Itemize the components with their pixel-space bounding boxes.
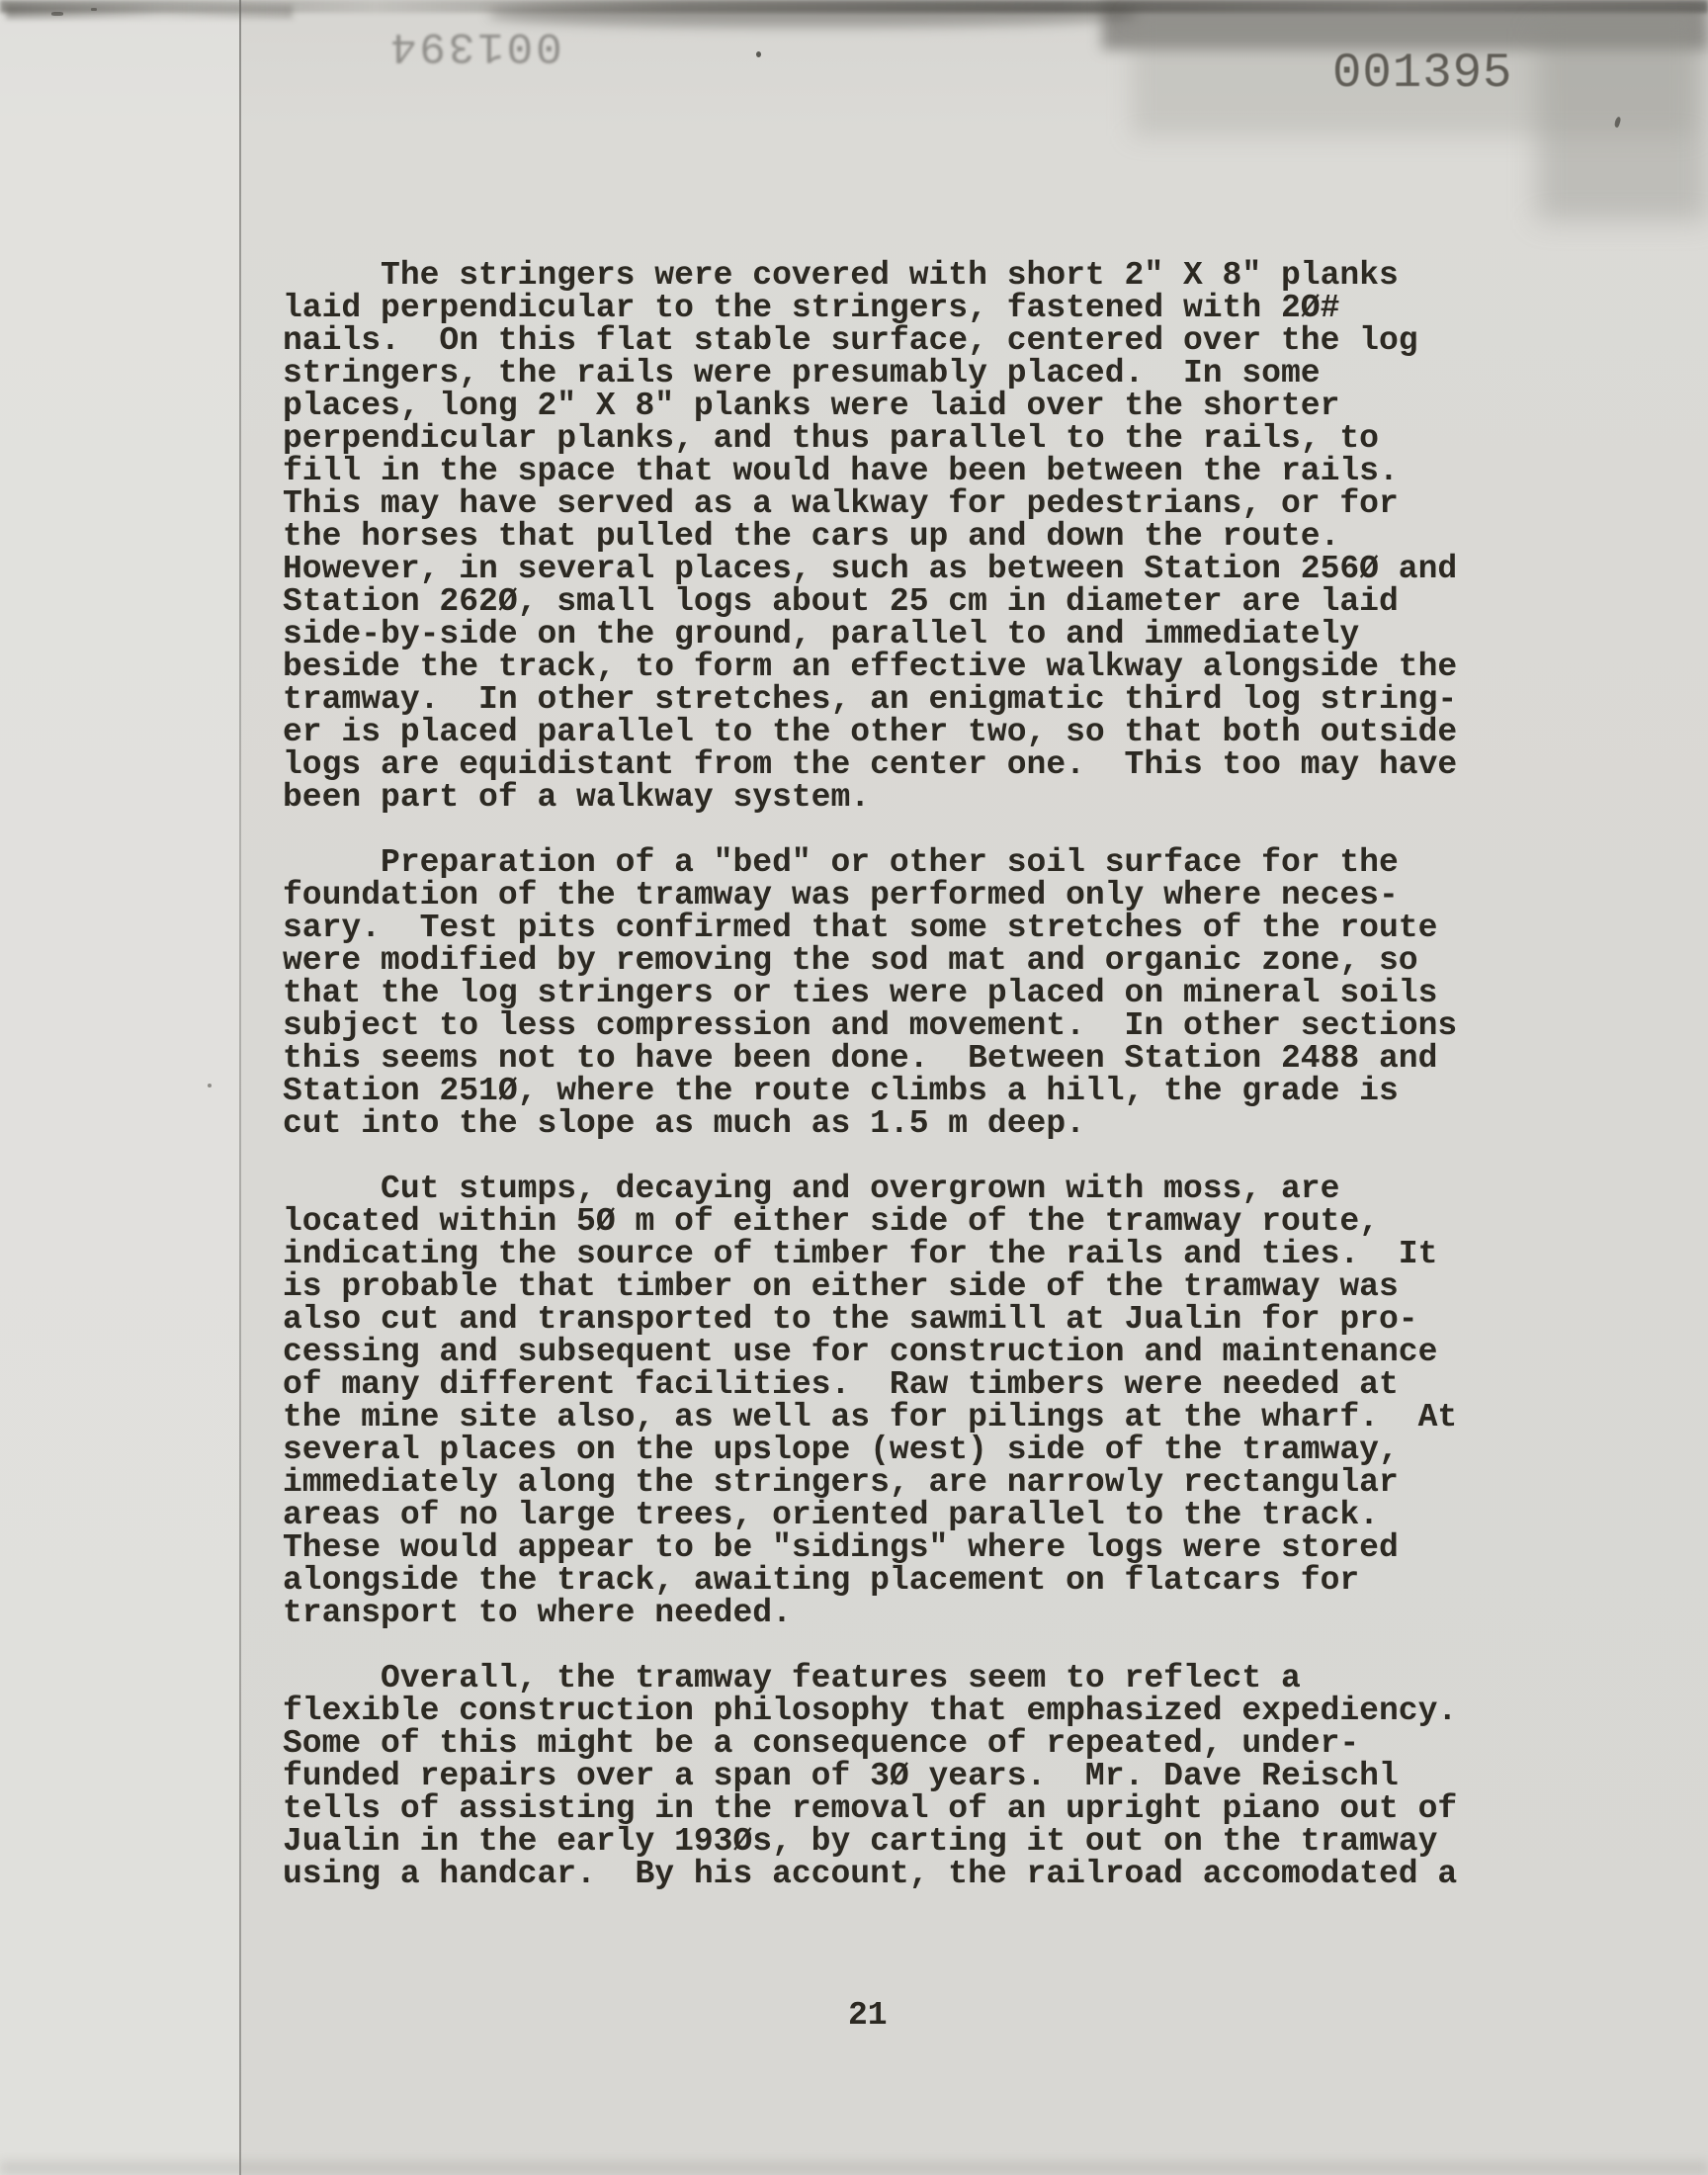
text-line: been part of a walkway system. [283, 781, 1489, 814]
scan-smudge-right-wash [1537, 28, 1708, 220]
text-line: is probable that timber on either side o… [283, 1270, 1489, 1303]
page-number: 21 [848, 1999, 888, 2032]
ink-speck [208, 1084, 212, 1087]
bates-stamp-number: 001395 [1332, 49, 1512, 98]
text-block: The stringers were covered with short 2"… [283, 259, 1489, 1890]
text-line: were modified by removing the sod mat an… [283, 944, 1489, 977]
text-line: cessing and subsequent use for construct… [283, 1336, 1489, 1368]
text-line: side-by-side on the ground, parallel to … [283, 618, 1489, 651]
text-line: of many different facilities. Raw timber… [283, 1368, 1489, 1401]
ink-speck [1613, 116, 1621, 128]
text-line: The stringers were covered with short 2"… [283, 259, 1489, 292]
text-line: foundation of the tramway was performed … [283, 879, 1489, 912]
text-line: Overall, the tramway features seem to re… [283, 1662, 1489, 1695]
text-line: indicating the source of timber for the … [283, 1238, 1489, 1270]
text-line: cut into the slope as much as 1.5 m deep… [283, 1107, 1489, 1140]
text-line: this seems not to have been done. Betwee… [283, 1042, 1489, 1075]
scan-smudge-top-edge [0, 0, 1708, 13]
ink-speck [756, 51, 761, 57]
text-line: tells of assisting in the removal of an … [283, 1792, 1489, 1825]
paragraph: Overall, the tramway features seem to re… [283, 1662, 1489, 1890]
text-line: the horses that pulled the cars up and d… [283, 520, 1489, 553]
text-line: These would appear to be "sidings" where… [283, 1531, 1489, 1564]
scanned-document-page: 001394 001395 The stringers were covered… [0, 0, 1708, 2175]
text-line: places, long 2" X 8" planks were laid ov… [283, 390, 1489, 422]
text-line: perpendicular planks, and thus parallel … [283, 422, 1489, 455]
text-line: Jualin in the early 193Øs, by carting it… [283, 1825, 1489, 1858]
text-line: areas of no large trees, oriented parall… [283, 1499, 1489, 1531]
text-line: This may have served as a walkway for pe… [283, 487, 1489, 520]
text-line: beside the track, to form an effective w… [283, 651, 1489, 683]
page-left-margin-strip [0, 0, 239, 2175]
ink-speck [51, 12, 63, 16]
text-line: stringers, the rails were presumably pla… [283, 357, 1489, 390]
paragraph: Preparation of a "bed" or other soil sur… [283, 846, 1489, 1140]
text-line: Station 262Ø, small logs about 25 cm in … [283, 585, 1489, 618]
text-line: also cut and transported to the sawmill … [283, 1303, 1489, 1336]
text-line: subject to less compression and movement… [283, 1009, 1489, 1042]
text-line: several places on the upslope (west) sid… [283, 1434, 1489, 1466]
text-line: logs are equidistant from the center one… [283, 748, 1489, 781]
scan-smudge-mid-band [489, 1, 1137, 27]
text-line: flexible construction philosophy that em… [283, 1695, 1489, 1727]
text-line: transport to where needed. [283, 1597, 1489, 1629]
paragraph: The stringers were covered with short 2"… [283, 259, 1489, 814]
text-line: er is placed parallel to the other two, … [283, 716, 1489, 748]
text-line: Station 251Ø, where the route climbs a h… [283, 1075, 1489, 1107]
text-line: Preparation of a "bed" or other soil sur… [283, 846, 1489, 879]
text-line: Some of this might be a consequence of r… [283, 1727, 1489, 1760]
text-line: sary. Test pits confirmed that some stre… [283, 912, 1489, 944]
paragraph: Cut stumps, decaying and overgrown with … [283, 1173, 1489, 1629]
scan-smudge-right-block [1102, 0, 1708, 49]
scan-smudge-bottom-edge [0, 2161, 1708, 2175]
text-line: the mine site also, as well as for pilin… [283, 1401, 1489, 1434]
text-line: nails. On this flat stable surface, cent… [283, 324, 1489, 357]
text-line: laid perpendicular to the stringers, fas… [283, 292, 1489, 324]
text-line: located within 5Ø m of either side of th… [283, 1205, 1489, 1238]
text-line: funded repairs over a span of 3Ø years. … [283, 1760, 1489, 1792]
vertical-scan-line [239, 0, 241, 2175]
ink-speck [91, 8, 97, 11]
text-line: immediately along the stringers, are nar… [283, 1466, 1489, 1499]
text-line: alongside the track, awaiting placement … [283, 1564, 1489, 1597]
text-line: tramway. In other stretches, an enigmati… [283, 683, 1489, 716]
text-line: using a handcar. By his account, the rai… [283, 1858, 1489, 1890]
text-line: fill in the space that would have been b… [283, 455, 1489, 487]
text-line: However, in several places, such as betw… [283, 553, 1489, 585]
text-line: Cut stumps, decaying and overgrown with … [283, 1173, 1489, 1205]
bleedthrough-stamp: 001394 [387, 24, 561, 67]
text-line: that the log stringers or ties were plac… [283, 977, 1489, 1009]
